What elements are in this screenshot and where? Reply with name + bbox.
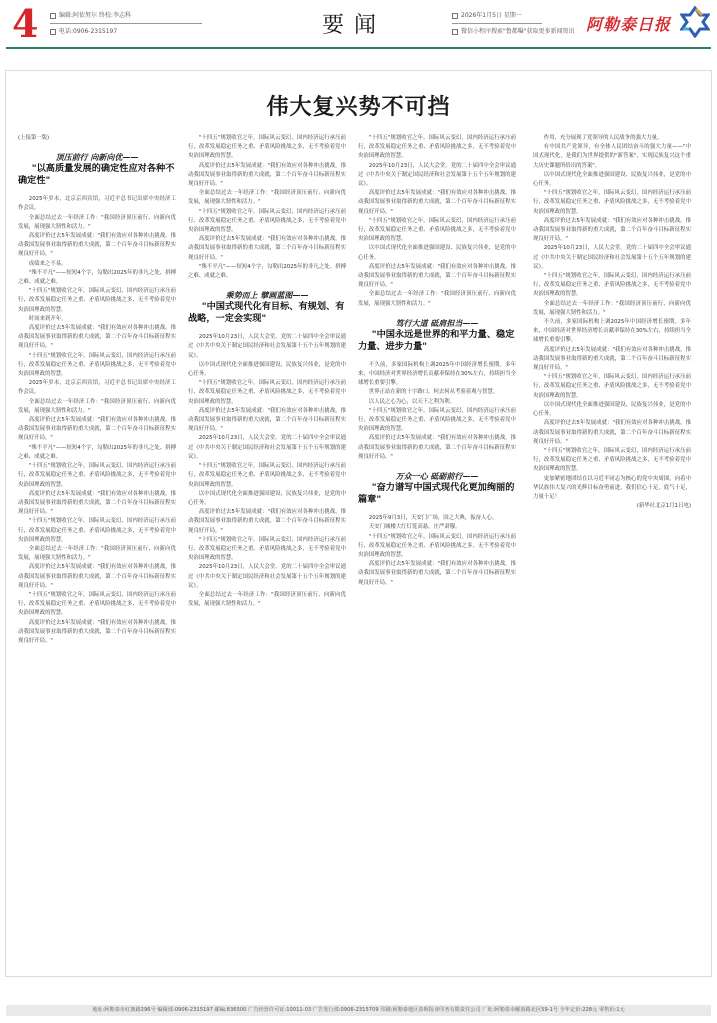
paragraph: "十四五"规划收官之年，国际风云变幻，国内经济运行承压前行，改革发展稳定任务之重… bbox=[188, 134, 346, 162]
paragraph: 高度评价过去5年发展成就："我们有效应对各种冲击挑战，推动我国发展事业取得新的重… bbox=[358, 434, 516, 462]
paragraph: "十四五"规划收官之年，国际风云变幻，国内经济运行承压前行，改革发展稳定任务之重… bbox=[188, 536, 346, 564]
paragraph: 天安门城楼大红灯笼高悬，庄严肃穆。 bbox=[358, 523, 516, 532]
paragraph: "十四五"规划收官之年，国际风云变幻，国内经济运行承压前行，改革发展稳定任务之重… bbox=[533, 373, 691, 401]
paragraph: 2025年岁末，北京京西宾馆，习近平总书记出席中央经济工作会议。 bbox=[18, 379, 176, 397]
paragraph: "十四五"规划收官之年，国际风云变幻，国内经济运行承压前行，改革发展稳定任务之重… bbox=[18, 591, 176, 619]
subheading-kicker: 笃行大道 砥肩担当—— bbox=[358, 317, 516, 329]
bullet-box-icon bbox=[50, 29, 56, 35]
date-line: 2026年1月5日 星期一 bbox=[461, 12, 522, 19]
paragraph: 有中国共产党领导，有全体人民团结奋斗的强大力量——"中国式现代化，是我们为世界提… bbox=[533, 143, 691, 171]
paragraph: 全面总结过去一年经济工作："我国经济顶压前行、向新向优发展，展现强大韧性和活力。… bbox=[358, 290, 516, 308]
article-headline: 伟大复兴势不可挡 bbox=[0, 90, 717, 121]
paragraph: "十四五"规划收官之年，国际风云变幻，国内经济运行承压前行，改革发展稳定任务之重… bbox=[188, 379, 346, 407]
paragraph: 高度评价过去5年发展成就："我们有效应对各种冲击挑战，推动我国发展事业取得新的重… bbox=[188, 235, 346, 263]
paragraph: "十四五"规划收官之年，国际风云变幻，国内经济运行承压前行，改革发展稳定任务之重… bbox=[533, 272, 691, 300]
subheading-4: 万众一心 砥砺前行—— "奋力谱写中国式现代化更加绚丽的篇章" bbox=[358, 470, 516, 506]
paragraph: 全面总结过去一年经济工作："我国经济顶压前行、向新向优发展，展现强大韧性和活力。… bbox=[533, 300, 691, 318]
page-number: 4 bbox=[12, 4, 38, 44]
wechat-line: 微信小程序搜索"鲁都曝"获取更多新闻资讯 bbox=[461, 28, 575, 35]
footer-imprint: 地址:阿勒泰市红旗路296号 编辑部:0906-2315197 邮编:83650… bbox=[6, 1005, 711, 1016]
paragraph: 高度评价过去5年发展成就："我们有效应对各种冲击挑战，推动我国发展事业取得新的重… bbox=[18, 563, 176, 591]
divider bbox=[50, 23, 202, 24]
paragraph: 以中国式现代化全面推进强国建设、民族复兴伟业，是党的中心任务。 bbox=[188, 361, 346, 379]
paragraph: "殊不平凡"——短短4个字，勾勒出2025年的非凡之处、拼搏之难、成就之难。 bbox=[18, 269, 176, 287]
paragraph: 不久前，多家国际机构上调2025年中国经济增长预期。多年来，中国经济对世界经济增… bbox=[533, 318, 691, 346]
subheading-quote: "中国永远是世界的和平力量、稳定力量、进步力量" bbox=[358, 329, 516, 353]
paragraph: 以中国式现代化全面推进强国建设、民族复兴伟业，是党的中心任务。 bbox=[358, 244, 516, 262]
paragraph: 2025年10月23日，人民大会堂。党的二十届四中全会审议通过《中共中央关于制定… bbox=[358, 162, 516, 190]
paragraph: 全面总结过去一年经济工作："我国经济顶压前行、向新向优发展，展现强大韧性和活力。… bbox=[18, 398, 176, 416]
paragraph: "十四五"规划收官之年，国际风云变幻，国内经济运行承压前行，改革发展稳定任务之重… bbox=[533, 189, 691, 217]
article-column-1: (上接第一版) 顶压前行 向新向优—— "以高质量发展的确定性应对各种不确定性"… bbox=[18, 134, 176, 646]
article-column-4: 作用，充分展现了党领导的人民战争的强大力量。 有中国共产党领导，有全体人民团结奋… bbox=[533, 134, 691, 511]
paragraph: "十四五"规划收官之年，国际风云变幻，国内经济运行承压前行，改革发展稳定任务之重… bbox=[18, 517, 176, 545]
bullet-box-icon bbox=[452, 13, 458, 19]
subheading-1: 顶压前行 向新向优—— "以高质量发展的确定性应对各种不确定性" bbox=[18, 151, 176, 187]
subheading-3: 笃行大道 砥肩担当—— "中国永远是世界的和平力量、稳定力量、进步力量" bbox=[358, 317, 516, 353]
article-column-3: "十四五"规划收官之年，国际风云变幻，国内经济运行承压前行，改革发展稳定任务之重… bbox=[358, 134, 516, 588]
bullet-box-icon bbox=[452, 29, 458, 35]
subheading-kicker: 万众一心 砥砺前行—— bbox=[358, 470, 516, 482]
paragraph: 高度评价过去5年发展成就："我们有效应对各种冲击挑战，推动我国发展事业取得新的重… bbox=[188, 162, 346, 190]
paragraph: "十四五"规划收官之年，国际风云变幻，国内经济运行承压前行，改革发展稳定任务之重… bbox=[358, 134, 516, 162]
divider bbox=[452, 23, 542, 24]
paragraph: 以中国式现代化全面推进强国建设、民族复兴伟业，是党的中心任务。 bbox=[533, 171, 691, 189]
article-column-2: "十四五"规划收官之年，国际风云变幻，国内经济运行承压前行，改革发展稳定任务之重… bbox=[188, 134, 346, 609]
paragraph: "十四五"规划收官之年，国际风云变幻，国内经济运行承压前行，改革发展稳定任务之重… bbox=[358, 217, 516, 245]
paragraph: 高度评价过去5年发展成就："我们有效应对各种冲击挑战，推动我国发展事业取得新的重… bbox=[18, 490, 176, 518]
paragraph: 2025年岁末，北京京西宾馆，习近平总书记出席中央经济工作会议。 bbox=[18, 195, 176, 213]
paragraph: 高度评价过去5年发展成就："我们有效应对各种冲击挑战，推动我国发展事业取得新的重… bbox=[358, 560, 516, 588]
paragraph: 高度评价过去5年发展成就："我们有效应对各种冲击挑战，推动我国发展事业取得新的重… bbox=[533, 419, 691, 447]
paragraph: 高度评价过去5年发展成就："我们有效应对各种冲击挑战，推动我国发展事业取得新的重… bbox=[533, 346, 691, 374]
paragraph: "十四五"规划收官之年，国际风云变幻，国内经济运行承压前行，改革发展稳定任务之重… bbox=[18, 352, 176, 380]
paragraph: 以人民之心为心，以天下之利为利。 bbox=[358, 398, 516, 407]
editor-info: 编辑:阿依努尔 终校:李志科 电话:0906-2315197 bbox=[50, 10, 202, 38]
paragraph: "十四五"规划收官之年，国际风云变幻，国内经济运行承压前行，改革发展稳定任务之重… bbox=[358, 533, 516, 561]
paragraph: 2025年10月23日，人民大会堂。党的二十届四中全会审议通过《中共中央关于制定… bbox=[188, 434, 346, 462]
paragraph: 全面总结过去一年经济工作："我国经济顶压前行、向新向优发展，展现强大韧性和活力。… bbox=[18, 545, 176, 563]
bullet-box-icon bbox=[50, 13, 56, 19]
paragraph: 高度评价过去5年发展成就："我们有效应对各种冲击挑战，推动我国发展事业取得新的重… bbox=[188, 508, 346, 536]
paragraph: 2025年10月23日，人民大会堂。党的二十届四中全会审议通过《中共中央关于制定… bbox=[533, 244, 691, 272]
star-logo-icon bbox=[680, 6, 710, 38]
subheading-quote: "奋力谱写中国式现代化更加绚丽的篇章" bbox=[358, 482, 516, 506]
header-rule bbox=[6, 47, 711, 49]
subheading-kicker: 顶压前行 向新向优—— bbox=[18, 151, 176, 163]
paragraph: 2025年9月3日，天安门广场，国之大典，振奋人心。 bbox=[358, 514, 516, 523]
dateline: (新华社北京1月1日电) bbox=[533, 502, 691, 511]
continuation-note: (上接第一版) bbox=[18, 134, 176, 143]
editor-line: 编辑:阿依努尔 终校:李志科 bbox=[59, 12, 131, 19]
newspaper-logo-text: 阿勒泰日报 bbox=[586, 12, 671, 35]
paragraph: "十四五"规划收官之年，国际风云变幻，国内经济运行承压前行，改革发展稳定任务之重… bbox=[533, 447, 691, 475]
paragraph: 全面总结过去一年经济工作："我国经济顶压前行、向新向优发展，展现强大韧性和活力。… bbox=[188, 189, 346, 207]
subheading-quote: "中国式现代化有目标、有规划、有战略，一定会实现" bbox=[188, 301, 346, 325]
paragraph: 高度评价过去5年发展成就："我们有效应对各种冲击挑战，推动我国发展事业取得新的重… bbox=[18, 324, 176, 352]
subheading-2: 乘势而上 擘画蓝图—— "中国式现代化有目标、有规划、有战略，一定会实现" bbox=[188, 289, 346, 325]
paragraph: 高度评价过去5年发展成就："我们有效应对各种冲击挑战，推动我国发展事业取得新的重… bbox=[533, 217, 691, 245]
paragraph: 成绩来之不易。 bbox=[18, 260, 176, 269]
paragraph: 高度评价过去5年发展成就："我们有效应对各种冲击挑战，推动我国发展事业取得新的重… bbox=[358, 189, 516, 217]
paragraph: "十四五"规划收官之年，国际风云变幻，国内经济运行承压前行，改革发展稳定任务之重… bbox=[358, 407, 516, 435]
paragraph: "十四五"规划收官之年，国际风云变幻，国内经济运行承压前行，改革发展稳定任务之重… bbox=[18, 287, 176, 315]
paragraph: "十四五"规划收官之年，国际风云变幻，国内经济运行承压前行，改革发展稳定任务之重… bbox=[188, 462, 346, 490]
paragraph: 高度评价过去5年发展成就："我们有效应对各种冲击挑战，推动我国发展事业取得新的重… bbox=[188, 407, 346, 435]
paragraph: 时间来到开年。 bbox=[18, 315, 176, 324]
paragraph: 2025年10月23日，人民大会堂。党的二十届四中全会审议通过《中共中央关于制定… bbox=[188, 333, 346, 361]
paragraph: 更加紧密地团结在以习近平同志为核心的党中央周围，向着中华民族伟大复兴的光辉目标奋… bbox=[533, 475, 691, 503]
paragraph: 高度评价过去5年发展成就："我们有效应对各种冲击挑战，推动我国发展事业取得新的重… bbox=[18, 619, 176, 647]
subheading-kicker: 乘势而上 擘画蓝图—— bbox=[188, 289, 346, 301]
paragraph: 高度评价过去5年发展成就："我们有效应对各种冲击挑战，推动我国发展事业取得新的重… bbox=[358, 263, 516, 291]
paragraph: 世界正站在新的十字路口，何去何从考验着观与智慧。 bbox=[358, 388, 516, 397]
paragraph: 高度评价过去5年发展成就："我们有效应对各种冲击挑战，推动我国发展事业取得新的重… bbox=[18, 416, 176, 444]
paragraph: "十四五"规划收官之年，国际风云变幻，国内经济运行承压前行，改革发展稳定任务之重… bbox=[188, 208, 346, 236]
subheading-quote: "以高质量发展的确定性应对各种不确定性" bbox=[18, 163, 176, 187]
phone-line: 电话:0906-2315197 bbox=[59, 28, 117, 35]
paragraph: 以中国式现代化全面推进强国建设、民族复兴伟业，是党的中心任务。 bbox=[533, 401, 691, 419]
paragraph: 高度评价过去5年发展成就："我们有效应对各种冲击挑战，推动我国发展事业取得新的重… bbox=[18, 232, 176, 260]
paragraph: "殊不平凡"——短短4个字，勾勒出2025年的非凡之处、拼搏之难、成就之难。 bbox=[18, 444, 176, 462]
masthead: 4 编辑:阿依努尔 终校:李志科 电话:0906-2315197 要闻 2026… bbox=[0, 0, 717, 50]
paragraph: 以中国式现代化全面推进强国建设、民族复兴伟业，是党的中心任务。 bbox=[188, 490, 346, 508]
section-title: 要闻 bbox=[322, 8, 386, 39]
paragraph: 作用，充分展现了党领导的人民战争的强大力量。 bbox=[533, 134, 691, 143]
paragraph: 不久前，多家国际机构上调2025年中国经济增长预期。多年来，中国经济对世界经济增… bbox=[358, 361, 516, 389]
paragraph: 全面总结过去一年经济工作："我国经济顶压前行、向新向优发展，展现强大韧性和活力。… bbox=[188, 591, 346, 609]
paragraph: 全面总结过去一年经济工作："我国经济顶压前行、向新向优发展，展现强大韧性和活力。… bbox=[18, 214, 176, 232]
paragraph: "十四五"规划收官之年，国际风云变幻，国内经济运行承压前行，改革发展稳定任务之重… bbox=[18, 462, 176, 490]
paragraph: "殊不平凡"——短短4个字，勾勒出2025年的非凡之处、拼搏之难、成就之难。 bbox=[188, 263, 346, 281]
paragraph: 2025年10月23日，人民大会堂。党的二十届四中全会审议通过《中共中央关于制定… bbox=[188, 563, 346, 591]
